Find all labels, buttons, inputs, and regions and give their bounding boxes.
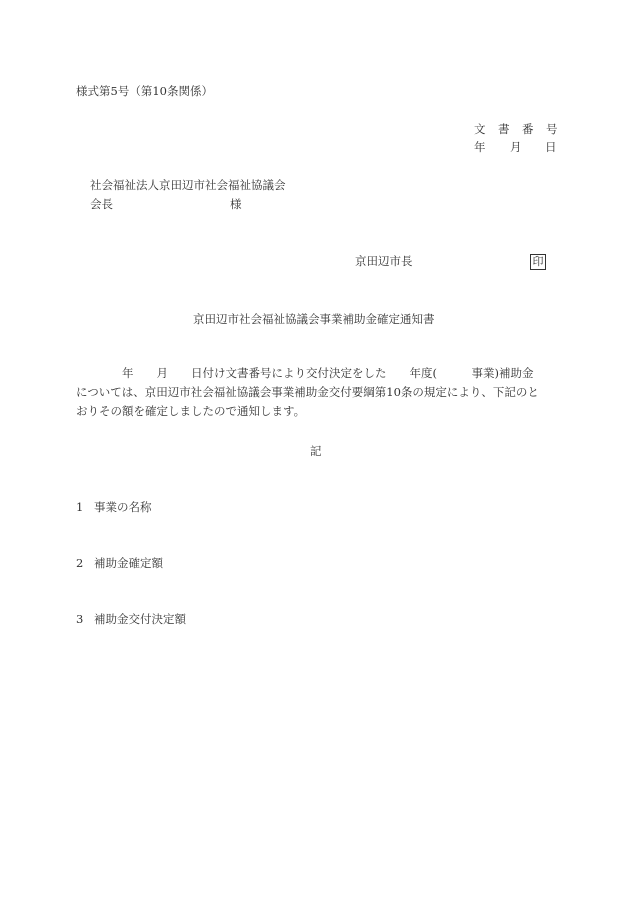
item-label: 事業の名称 (94, 500, 152, 514)
body-line-3: おりその額を確定しましたので通知します。 (76, 406, 305, 418)
item-number: 1 (76, 502, 94, 514)
ki-heading: 記 (310, 446, 322, 458)
date-month: 月 (510, 142, 545, 154)
document-number-label: 文書番号 (474, 124, 558, 136)
item-number: 2 (76, 558, 94, 570)
seal-mark: 印 (530, 254, 546, 270)
list-item: 2補助金確定額 (76, 558, 163, 570)
docnum-char: 書 (498, 124, 522, 136)
list-item: 1事業の名称 (76, 502, 152, 514)
list-item: 3補助金交付決定額 (76, 614, 186, 626)
date-label: 年月日 (474, 142, 557, 154)
addressee-organization: 社会福祉法人京田辺市社会福祉協議会 (90, 180, 286, 192)
document-title: 京田辺市社会福祉協議会事業補助金確定通知書 (193, 314, 435, 326)
body-line-2: については、京田辺市社会福祉協議会事業補助金交付要綱第10条の規定により、下記の… (76, 387, 539, 399)
addressee-honorific: 様 (230, 199, 242, 211)
date-year: 年 (474, 142, 510, 154)
docnum-char: 号 (546, 124, 558, 136)
body-line-1: 年 月 日付け文書番号により交付決定をした 年度( 事業)補助金 (76, 368, 533, 380)
item-label: 補助金確定額 (94, 556, 163, 570)
addressee-title: 会長 (90, 199, 113, 211)
sender-title: 京田辺市長 (355, 256, 413, 268)
date-day: 日 (545, 142, 557, 154)
docnum-char: 番 (522, 124, 546, 136)
item-number: 3 (76, 614, 94, 626)
item-label: 補助金交付決定額 (94, 612, 186, 626)
docnum-char: 文 (474, 124, 498, 136)
form-id: 様式第5号（第10条関係） (76, 86, 213, 98)
